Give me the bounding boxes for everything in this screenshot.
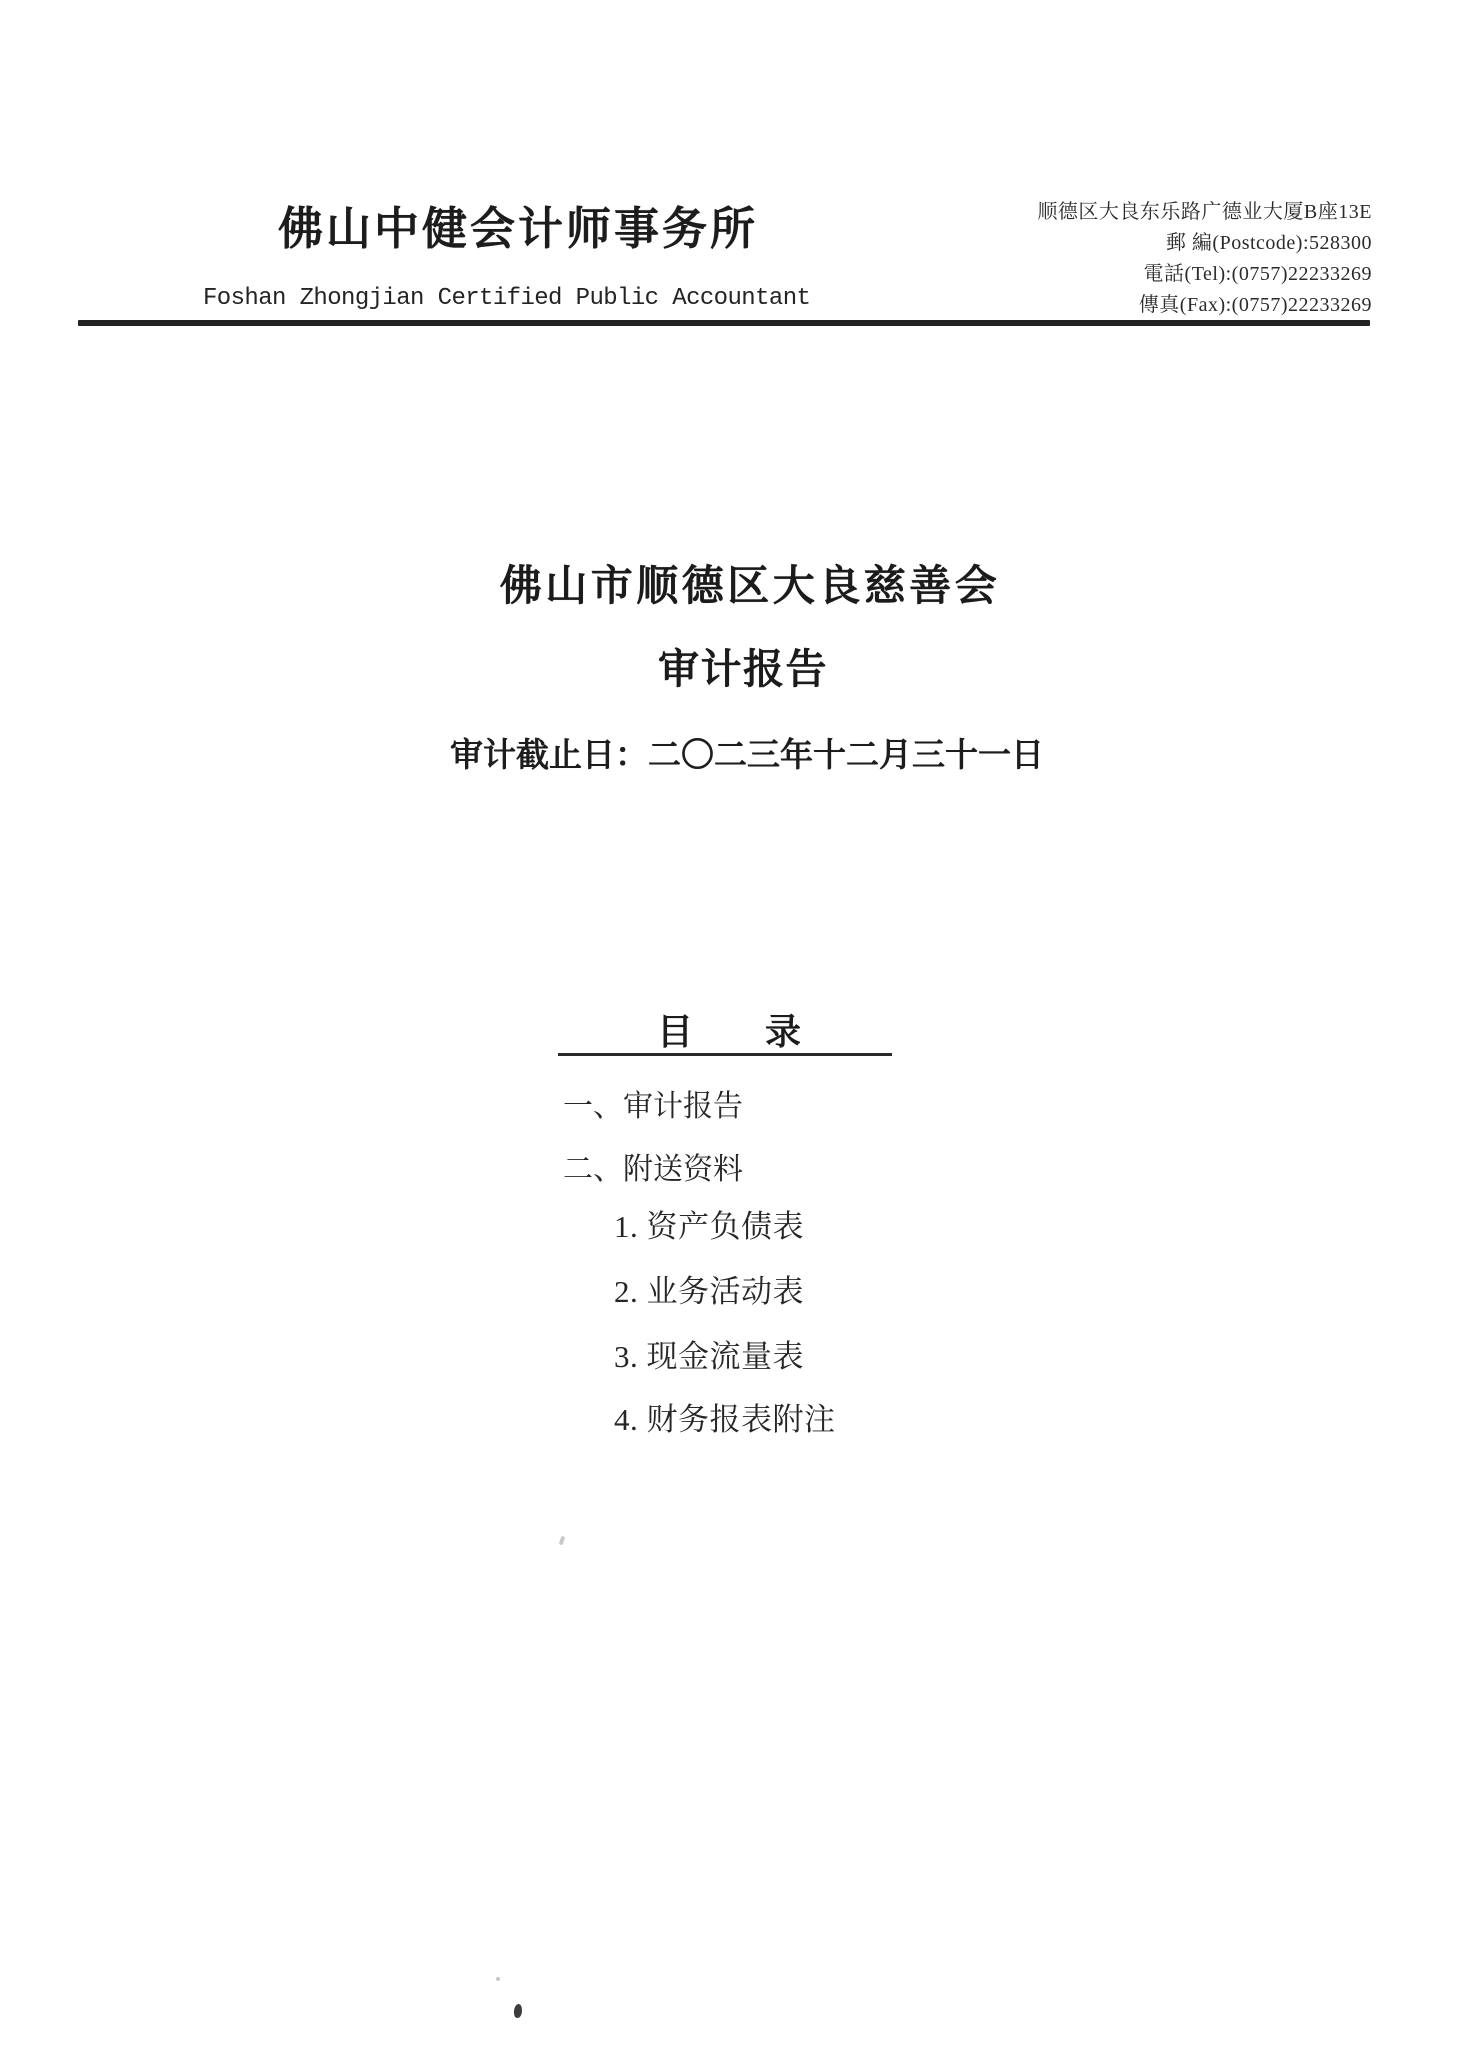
contact-postcode: 郵 編(Postcode):528300 — [1037, 228, 1372, 259]
scan-artifact — [559, 1536, 566, 1546]
toc-sub-item-activity-statement: 2. 业务活动表 — [614, 1276, 804, 1307]
toc-item-audit-report: 一、审计报告 — [563, 1092, 743, 1122]
audit-cutoff-date: 审计截止日：二〇二三年十二月三十一日 — [450, 740, 1044, 773]
letterhead-divider-rule — [78, 320, 1370, 326]
contact-telephone: 電話(Tel):(0757)22233269 — [1037, 259, 1372, 290]
toc-heading: 目 录 — [657, 1014, 801, 1050]
organization-title: 佛山市顺德区大良慈善会 — [500, 565, 1001, 607]
toc-sub-item-balance-sheet: 1. 资产负债表 — [614, 1211, 804, 1242]
contact-address: 顺德区大良东乐路广德业大厦B座13E — [1037, 197, 1372, 228]
toc-sub-item-financial-notes: 4. 财务报表附注 — [614, 1404, 836, 1435]
contact-fax: 傳真(Fax):(0757)22233269 — [1037, 290, 1372, 321]
toc-item-attached-materials: 二、附送资料 — [563, 1155, 743, 1185]
report-title: 审计报告 — [658, 649, 828, 690]
toc-heading-underline — [558, 1053, 892, 1056]
contact-block: 顺德区大良东乐路广德业大厦B座13E 郵 編(Postcode):528300 … — [1037, 197, 1372, 321]
toc-sub-item-cash-flow-statement: 3. 现金流量表 — [614, 1341, 804, 1372]
firm-name-english: Foshan Zhongjian Certified Public Accoun… — [203, 287, 810, 311]
firm-name-chinese: 佛山中健会计师事务所 — [278, 206, 758, 251]
scan-artifact — [513, 2004, 522, 2019]
scan-artifact — [496, 1977, 500, 1981]
document-page: 佛山中健会计师事务所 Foshan Zhongjian Certified Pu… — [0, 0, 1466, 2069]
